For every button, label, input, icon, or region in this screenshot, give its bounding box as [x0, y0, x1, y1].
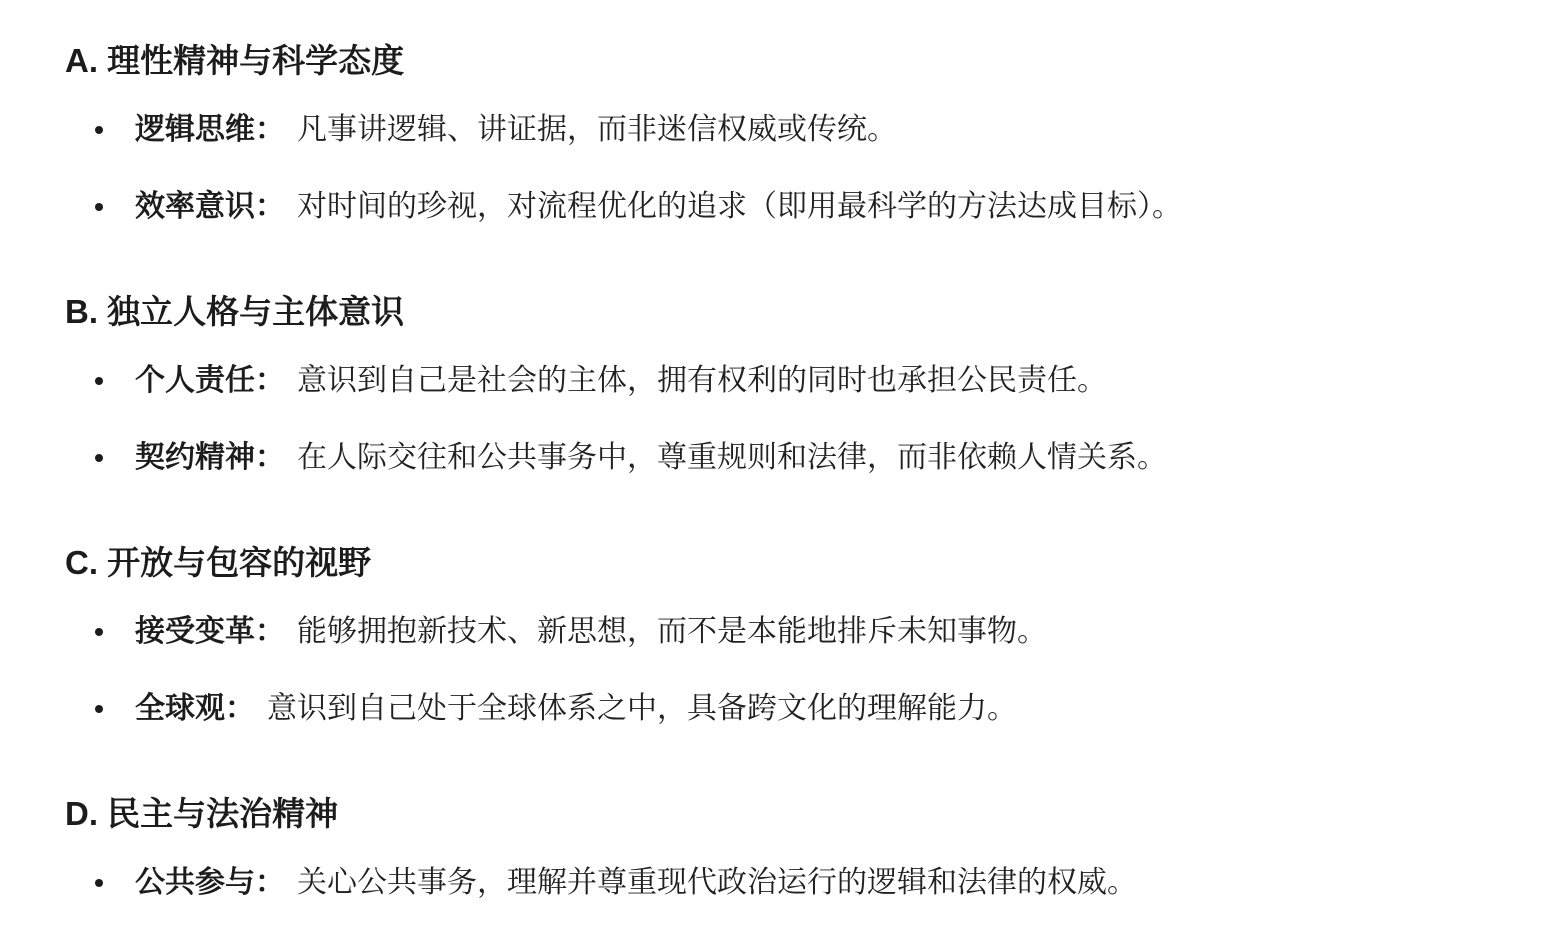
item-description: 关心公共事务，理解并尊重现代政治运行的逻辑和法律的权威。	[297, 866, 1137, 899]
content: A. 理性精神与科学态度 逻辑思维：凡事讲逻辑、讲证据，而非迷信权威或传统。 效…	[65, 40, 1514, 904]
item-term: 接受变革：	[135, 615, 285, 648]
item-term: 全球观：	[135, 692, 255, 725]
item-description: 意识到自己处于全球体系之中，具备跨文化的理解能力。	[267, 692, 1017, 725]
list-item: 逻辑思维：凡事讲逻辑、讲证据，而非迷信权威或传统。	[135, 109, 1514, 151]
list-item: 接受变革：能够拥抱新技术、新思想，而不是本能地排斥未知事物。	[135, 611, 1514, 653]
bullet-icon	[95, 628, 103, 636]
bullet-icon	[95, 377, 103, 385]
bullet-icon	[95, 126, 103, 134]
section-heading: C. 开放与包容的视野	[65, 542, 1514, 584]
section-heading: D. 民主与法治精神	[65, 793, 1514, 835]
section: B. 独立人格与主体意识 个人责任：意识到自己是社会的主体，拥有权利的同时也承担…	[65, 291, 1514, 479]
item-term: 个人责任：	[135, 364, 285, 397]
bullet-icon	[95, 454, 103, 462]
bullet-list: 公共参与：关心公共事务，理解并尊重现代政治运行的逻辑和法律的权威。	[65, 862, 1514, 904]
bullet-icon	[95, 879, 103, 887]
section-heading: B. 独立人格与主体意识	[65, 291, 1514, 333]
item-term: 效率意识：	[135, 190, 285, 223]
item-description: 意识到自己是社会的主体，拥有权利的同时也承担公民责任。	[297, 364, 1107, 397]
bullet-list: 逻辑思维：凡事讲逻辑、讲证据，而非迷信权威或传统。 效率意识：对时间的珍视，对流…	[65, 109, 1514, 228]
list-item: 公共参与：关心公共事务，理解并尊重现代政治运行的逻辑和法律的权威。	[135, 862, 1514, 904]
item-description: 对时间的珍视，对流程优化的追求（即用最科学的方法达成目标）。	[297, 190, 1182, 223]
list-item: 全球观：意识到自己处于全球体系之中，具备跨文化的理解能力。	[135, 688, 1514, 730]
item-term: 契约精神：	[135, 441, 285, 474]
item-description: 能够拥抱新技术、新思想，而不是本能地排斥未知事物。	[297, 615, 1047, 648]
bullet-icon	[95, 705, 103, 713]
item-term: 逻辑思维：	[135, 113, 285, 146]
document-page: A. 理性精神与科学态度 逻辑思维：凡事讲逻辑、讲证据，而非迷信权威或传统。 效…	[0, 0, 1544, 936]
bullet-list: 个人责任：意识到自己是社会的主体，拥有权利的同时也承担公民责任。 契约精神：在人…	[65, 360, 1514, 479]
list-item: 效率意识：对时间的珍视，对流程优化的追求（即用最科学的方法达成目标）。	[135, 186, 1514, 228]
item-description: 凡事讲逻辑、讲证据，而非迷信权威或传统。	[297, 113, 897, 146]
item-term: 公共参与：	[135, 866, 285, 899]
bullet-list: 接受变革：能够拥抱新技术、新思想，而不是本能地排斥未知事物。 全球观：意识到自己…	[65, 611, 1514, 730]
section-heading: A. 理性精神与科学态度	[65, 40, 1514, 82]
list-item: 契约精神：在人际交往和公共事务中，尊重规则和法律，而非依赖人情关系。	[135, 437, 1514, 479]
item-description: 在人际交往和公共事务中，尊重规则和法律，而非依赖人情关系。	[297, 441, 1167, 474]
bullet-icon	[95, 203, 103, 211]
section: A. 理性精神与科学态度 逻辑思维：凡事讲逻辑、讲证据，而非迷信权威或传统。 效…	[65, 40, 1514, 228]
list-item: 个人责任：意识到自己是社会的主体，拥有权利的同时也承担公民责任。	[135, 360, 1514, 402]
section: C. 开放与包容的视野 接受变革：能够拥抱新技术、新思想，而不是本能地排斥未知事…	[65, 542, 1514, 730]
section: D. 民主与法治精神 公共参与：关心公共事务，理解并尊重现代政治运行的逻辑和法律…	[65, 793, 1514, 904]
